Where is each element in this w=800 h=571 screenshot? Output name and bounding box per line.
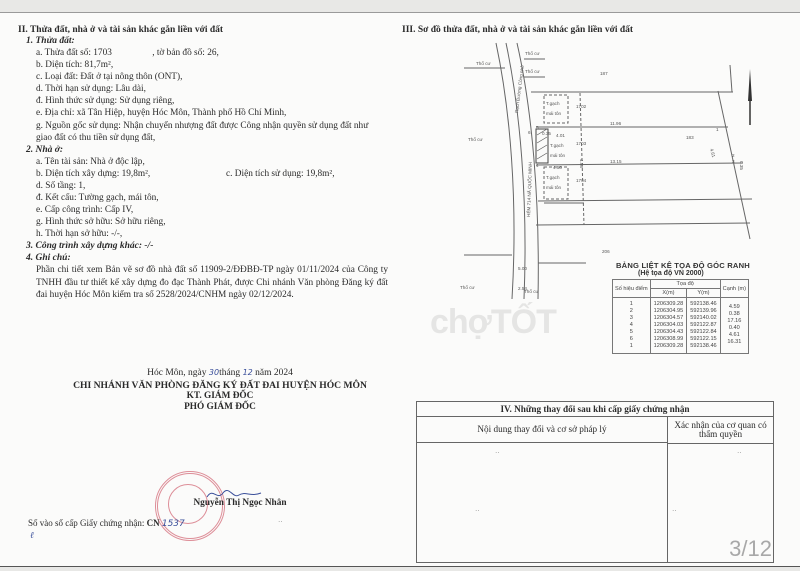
section4-title: IV. Những thay đổi sau khi cấp giấy chứn… bbox=[417, 402, 773, 417]
svg-text:4.58: 4.58 bbox=[579, 159, 584, 168]
svg-text:1703: 1703 bbox=[576, 141, 587, 146]
svg-text:Thổ cư: Thổ cư bbox=[476, 60, 491, 66]
svg-text:Thổ cư: Thổ cư bbox=[460, 284, 475, 290]
built-area: b. Diện tích xây dựng: 19,8m², bbox=[36, 169, 150, 179]
section-land-and-house: II. Thửa đất, nhà ở và tài sản khác gắn … bbox=[18, 13, 398, 301]
section2-title: II. Thửa đất, nhà ở và tài sản khác gắn … bbox=[18, 25, 398, 35]
col-coords: Tọa độ bbox=[650, 280, 720, 289]
changes-content-column: Nội dung thay đổi và cơ sở pháp lý bbox=[417, 417, 668, 562]
svg-text:206: 206 bbox=[602, 249, 610, 254]
land-address: e. Địa chỉ: xã Tân Hiệp, huyện Hóc Môn, … bbox=[36, 107, 398, 119]
land-type: c. Loại đất: Đất ở tại nông thôn (ONT), bbox=[36, 71, 398, 83]
map-sheet: , tờ bản đồ số: 26, bbox=[152, 48, 219, 58]
svg-text:mái tôn: mái tôn bbox=[550, 153, 566, 158]
col-x: X(m) bbox=[650, 289, 687, 298]
section3-title: III. Sơ đồ thửa đất, nhà ở và tài sản kh… bbox=[402, 25, 633, 35]
col-edge: Cạnh (m) bbox=[720, 280, 748, 298]
use-term: d. Thời hạn sử dụng: Lâu dài, bbox=[36, 83, 398, 95]
svg-text:1702: 1702 bbox=[576, 104, 587, 109]
svg-text:Thổ cư: Thổ cư bbox=[525, 68, 540, 74]
svg-text:11.96: 11.96 bbox=[610, 121, 622, 126]
svg-text:HẺM 714 NÃ QUỐC MINH: HẺM 714 NÃ QUỐC MINH bbox=[525, 162, 533, 217]
land-heading: 1. Thửa đất: bbox=[26, 35, 398, 47]
svg-text:2.54: 2.54 bbox=[518, 286, 527, 291]
issuing-office: CHI NHÁNH VĂN PHÒNG ĐĂNG KÝ ĐẤT ĐAI HUYỆ… bbox=[40, 380, 400, 391]
notes-heading: 4. Ghi chú: bbox=[26, 252, 398, 264]
other-works: 3. Công trình xây dựng khác: -/- bbox=[26, 240, 398, 252]
handwritten-month: 12 bbox=[243, 368, 253, 377]
svg-text:1704: 1704 bbox=[576, 178, 587, 183]
svg-text:T.gạch: T.gạch bbox=[550, 143, 564, 148]
building-grade: e. Cấp công trình: Cấp IV, bbox=[36, 204, 398, 216]
svg-text:183: 183 bbox=[686, 135, 694, 140]
ownership-term: h. Thời hạn sở hữu: -/-, bbox=[36, 228, 398, 240]
parcel-number: a. Thửa đất số: 1703 bbox=[36, 48, 112, 58]
land-area: b. Diện tích: 81,7m², bbox=[36, 59, 398, 71]
svg-text:T.gạch: T.gạch bbox=[546, 175, 560, 180]
svg-text:0.35: 0.35 bbox=[542, 131, 551, 136]
issue-date: Hóc Môn, ngày 30tháng 12 năm 2024 bbox=[40, 368, 400, 378]
svg-text:4.61: 4.61 bbox=[709, 148, 716, 158]
col-point: Số hiệu điểm bbox=[613, 280, 651, 298]
svg-text:5.00: 5.00 bbox=[518, 266, 527, 271]
svg-text:mái tôn: mái tôn bbox=[546, 111, 562, 116]
col-y: Y(m) bbox=[687, 289, 720, 298]
house-name: a. Tên tài sản: Nhà ở độc lập, bbox=[36, 156, 398, 168]
svg-text:Thổ cư: Thổ cư bbox=[525, 50, 540, 56]
page-indicator: 3/12 bbox=[729, 536, 772, 562]
registration-number: Số vào sổ cấp Giấy chứng nhận: CN 1537 bbox=[28, 518, 185, 529]
changes-content-header: Nội dung thay đổi và cơ sở pháp lý bbox=[417, 417, 667, 443]
signer-name: Nguyễn Thị Ngọc Nhân bbox=[40, 498, 440, 508]
coord-table-title: BẢNG LIỆT KÊ TỌA ĐỘ GÓC RANH bbox=[616, 261, 792, 270]
signer-role-1: KT. GIÁM ĐỐC bbox=[40, 391, 400, 402]
floors: d. Số tầng: 1, bbox=[36, 180, 398, 192]
handwritten-reg-no: 1537 bbox=[162, 519, 185, 529]
coord-row: 11206309.28592138.464.59 bbox=[613, 298, 749, 309]
changes-table: IV. Những thay đổi sau khi cấp giấy chứn… bbox=[416, 401, 774, 563]
corner-coordinates-table: BẢNG LIỆT KÊ TỌA ĐỘ GÓC RANH (Hệ tọa độ … bbox=[612, 261, 792, 354]
parcel-number-line: a. Thửa đất số: 1703 , tờ bản đồ số: 26, bbox=[36, 47, 398, 59]
svg-text:13.15: 13.15 bbox=[610, 159, 622, 164]
svg-text:5: 5 bbox=[536, 125, 539, 130]
land-origin: g. Nguồn gốc sử dụng: Nhận chuyển nhượng… bbox=[36, 120, 376, 144]
svg-text:2: 2 bbox=[732, 153, 735, 158]
svg-text:4.01: 4.01 bbox=[556, 133, 565, 138]
svg-text:mái tôn: mái tôn bbox=[546, 185, 562, 190]
signature-block: Hóc Môn, ngày 30tháng 12 năm 2024 CHI NH… bbox=[0, 368, 400, 413]
structure: đ. Kết cấu: Tường gạch, mái tôn, bbox=[36, 192, 398, 204]
house-heading: 2. Nhà ở: bbox=[26, 144, 398, 156]
notes-text: Phần chi tiết xem Bản vẽ sơ đồ nhà đất s… bbox=[36, 264, 388, 300]
handwritten-day: 30 bbox=[209, 368, 219, 377]
certificate-page: II. Thửa đất, nhà ở và tài sản khác gắn … bbox=[0, 12, 800, 567]
svg-text:T.gạch: T.gạch bbox=[546, 101, 560, 106]
signer-role-2: PHÓ GIÁM ĐỐC bbox=[40, 402, 400, 413]
changes-confirmation-header: Xác nhận của cơ quan có thẩm quyền bbox=[668, 417, 773, 444]
svg-text:187: 187 bbox=[600, 71, 608, 76]
svg-text:4: 4 bbox=[536, 163, 539, 168]
house-area-line: b. Diện tích xây dựng: 19,8m², c. Diện t… bbox=[36, 168, 398, 180]
used-area: c. Diện tích sử dụng: 19,8m², bbox=[226, 168, 335, 180]
use-form: đ. Hình thức sử dụng: Sử dụng riêng, bbox=[36, 95, 398, 107]
handwritten-mark-icon: ℓ bbox=[30, 530, 34, 540]
svg-text:1: 1 bbox=[716, 127, 719, 132]
svg-text:0.35: 0.35 bbox=[739, 161, 744, 170]
watermark-logo: chợTỐT bbox=[430, 303, 556, 342]
svg-text:Rạch Đường Công nhỏ: Rạch Đường Công nhỏ bbox=[513, 65, 525, 114]
svg-text:4.50: 4.50 bbox=[553, 165, 562, 170]
coord-table-subtitle: (Hệ tọa độ VN 2000) bbox=[638, 270, 792, 277]
ownership-form: g. Hình thức sở hữu: Sở hữu riêng, bbox=[36, 216, 398, 228]
svg-text:3: 3 bbox=[732, 159, 735, 164]
svg-text:Thổ cư: Thổ cư bbox=[468, 136, 483, 142]
svg-text:6: 6 bbox=[528, 130, 531, 135]
